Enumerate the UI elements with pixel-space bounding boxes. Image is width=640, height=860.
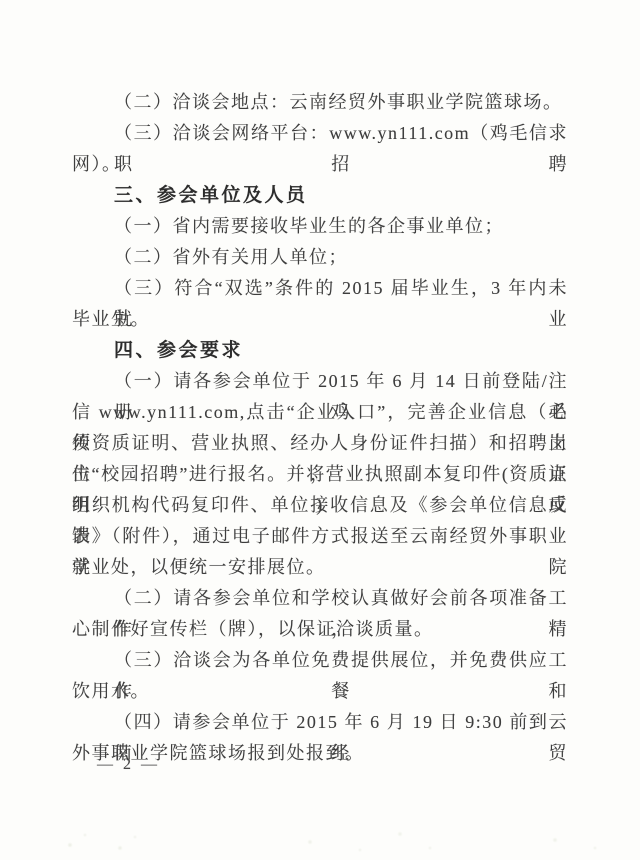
- text-line: （三）洽谈会网络平台：www.yn111.com（鸡毛信求职招聘: [72, 118, 568, 149]
- text-line: （四）请参会单位于 2015 年 6 月 19 日 9:30 前到云南经贸: [72, 707, 568, 738]
- text-line: （三）洽谈会为各单位免费提供展位，并免费供应工作餐和: [72, 645, 568, 676]
- page-number: — 2 —: [97, 757, 160, 773]
- text-line: 组织机构代码复印件、单位接收信息及《参会单位信息反馈: [72, 490, 568, 521]
- text-line: 信 www.yn111.com,点击“企业入口”，完善企业信息（必须上: [72, 397, 568, 428]
- section-heading: 三、参会单位及人员: [72, 180, 568, 211]
- text-line: 击“校园招聘”进行报名。并将营业执照副本复印件(资质证明)或: [72, 459, 568, 490]
- text-line: （二）省外有关用人单位；: [72, 242, 568, 273]
- section-heading: 四、参会要求: [72, 335, 568, 366]
- text-line: 传资质证明、营业执照、经办人身份证件扫描）和招聘岗位，点: [72, 428, 568, 459]
- text-line: （一）省内需要接收毕业生的各企事业单位；: [72, 211, 568, 242]
- scan-noise-artifact: [0, 790, 640, 860]
- document-body: （二）洽谈会地点：云南经贸外事职业学院篮球场。（三）洽谈会网络平台：www.yn…: [72, 87, 568, 769]
- text-line: （二）洽谈会地点：云南经贸外事职业学院篮球场。: [72, 87, 568, 118]
- text-line: 表》（附件），通过电子邮件方式报送至云南经贸外事职业学院: [72, 521, 568, 552]
- text-line: （二）请各参会单位和学校认真做好会前各项准备工作，精: [72, 583, 568, 614]
- text-line: （一）请各参会单位于 2015 年 6 月 14 日前登陆/注册鸡毛: [72, 366, 568, 397]
- text-line: （三）符合“双选”条件的 2015 届毕业生，3 年内未就业: [72, 273, 568, 304]
- scanned-document-page: { "page": { "background_color": "#fdfdfb…: [0, 0, 640, 860]
